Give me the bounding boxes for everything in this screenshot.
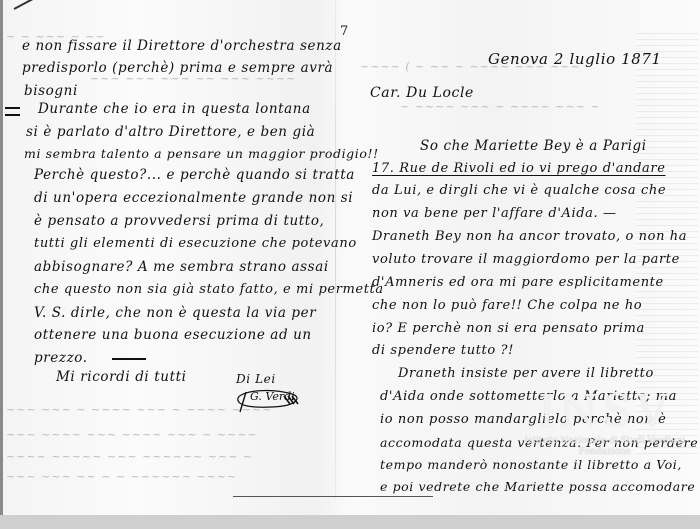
right-line-7: d'Amneris ed ora mi pare esplicitamente xyxy=(372,275,664,290)
right-line-3: da Lui, e dirgli che vi è qualche cosa c… xyxy=(372,183,666,198)
bleed-through-text: ~~~ ~~~ ~~ ~ ~ ~~~~~~ ~~~~ xyxy=(6,470,237,483)
left-line-1: e non fissare il Direttore d'orchestra s… xyxy=(22,38,342,54)
left-line-15: prezzo. xyxy=(34,350,88,366)
manuscript-sheet: ~ ~ ~~~ ~ ~~ ~~~ ~~~ ~~~ ~~ ~~~ ~~~~ ~~~… xyxy=(0,0,700,515)
right-line-8: che non lo può fare!! Che colpa ne ho xyxy=(372,298,642,313)
left-line-3: bisogni xyxy=(24,83,78,99)
closing-dash xyxy=(112,358,146,360)
right-line-14: accomodata questa vertenza. Per non perd… xyxy=(380,435,698,450)
left-line-6: mi sembra talento a pensare un maggior p… xyxy=(24,146,379,161)
left-line-7: Perchè questo?... e perchè quando si tra… xyxy=(34,167,355,183)
place-date: Genova 2 luglio 1871 xyxy=(488,50,662,68)
bleed-through-text: ~ ~~~~ ~~~ ~ ~~~~ ~~~ ~ xyxy=(400,100,601,113)
signature: G. Verdi xyxy=(232,386,310,414)
left-line-8-text: di un'opera eccezionalmente grande non s… xyxy=(34,190,353,206)
right-line-6: voluto trovare il maggiordomo per la par… xyxy=(372,252,680,267)
scan-bottom-margin xyxy=(0,515,700,529)
left-line-14: ottenere una buona esecuzione ad un xyxy=(34,327,312,343)
right-line-5: Draneth Bey non ha ancor trovato, o non … xyxy=(372,229,687,244)
page-number: 7 xyxy=(340,24,348,39)
right-line-1: So che Mariette Bey è a Parigi xyxy=(420,138,647,154)
sheet-left-edge xyxy=(0,0,3,515)
left-line-12: che questo non sia già stato fatto, e mi… xyxy=(34,282,384,297)
left-line-10: tutti gli elementi di esecuzione che pot… xyxy=(34,236,357,251)
salutation: Car. Du Locle xyxy=(370,85,474,101)
right-line-13: io non posso mandarglielo perchè non è xyxy=(380,412,666,427)
right-line-11: Draneth insiste per avere il libretto xyxy=(398,366,654,381)
left-line-2: predisporlo (perchè) prima e sempre avrà xyxy=(22,60,333,76)
right-line-12: d'Aida onde sottometterlo a Mariette; ma xyxy=(380,389,677,404)
right-line-10: di spendere tutto ?! xyxy=(372,343,514,358)
left-line-4: Durante che io era in questa lontana xyxy=(38,101,311,117)
insertion-mark xyxy=(5,107,20,116)
left-line-13: V. S. dirle, che non è questa la via per xyxy=(34,305,316,321)
right-line-9: io? E perchè non si era pensato prima xyxy=(372,321,645,336)
bleed-through-text: ~~~~ ~~~~~ ~~~ ~~~~~~ ~~~ ~ xyxy=(6,450,253,463)
left-line-8: di un'opera eccezionalmente grande non s… xyxy=(34,190,353,206)
left-line-11: abbisognare? A me sembra strano assai xyxy=(34,259,329,275)
signature-text: G. Verdi xyxy=(250,390,295,403)
closing-formula: Di Lei xyxy=(236,372,276,386)
bleed-through-text: ~~~ ~~~~ ~~~ ~~~~ ~~~ ~ ~~~~ xyxy=(6,428,258,441)
right-line-16: e poi vedrete che Mariette possa accomod… xyxy=(380,479,695,494)
right-line-15: tempo manderò nonostante il libretto a V… xyxy=(380,457,682,472)
corner-pen-stroke xyxy=(14,0,45,10)
left-line-9: è pensato a provvedersi prima di tutto, xyxy=(34,213,324,229)
left-line-16: Mi ricordi di tutti xyxy=(56,369,187,385)
right-line-2: 17. Rue de Rivoli ed io vi prego d'andar… xyxy=(372,161,666,176)
left-line-5: si è parlato d'altro Direttore, e ben gi… xyxy=(26,124,315,140)
right-line-4: non va bene per l'affare d'Aida. — xyxy=(372,206,617,221)
bottom-rule xyxy=(233,496,433,497)
